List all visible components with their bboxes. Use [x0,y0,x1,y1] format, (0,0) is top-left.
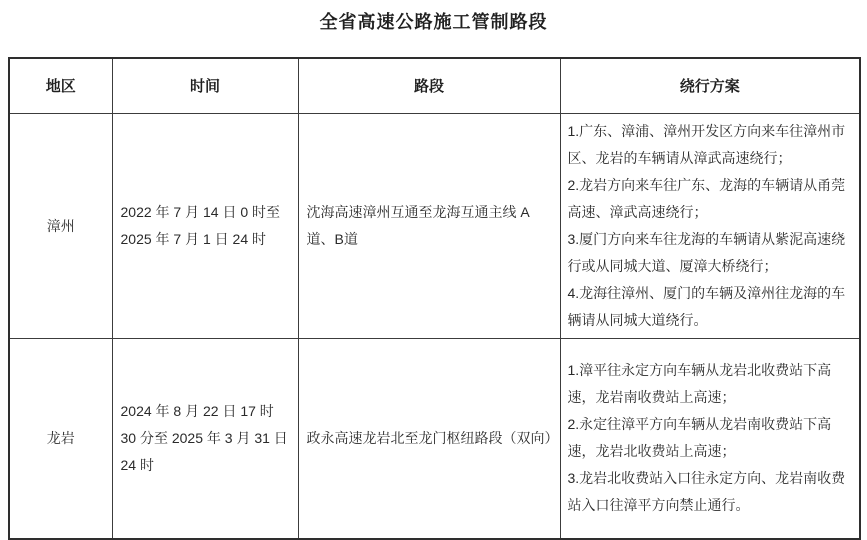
region-cell: 漳州 [9,113,112,338]
column-header-detour: 绕行方案 [560,58,860,113]
detour-cell: 1.漳平往永定方向车辆从龙岩北收费站下高速，龙岩南收费站上高速； 2.永定往漳平… [560,338,860,539]
time-cell: 2024 年 8 月 22 日 17 时 30 分至 2025 年 3 月 31… [112,338,298,539]
column-header-region: 地区 [9,58,112,113]
detour-item: 2.永定往漳平方向车辆从龙岩南收费站下高速，龙岩北收费站上高速； [568,411,854,465]
time-cell: 2022 年 7 月 14 日 0 时至 2025 年 7 月 1 日 24 时 [112,113,298,338]
detour-item: 3.龙岩北收费站入口往永定方向、龙岩南收费站入口往漳平方向禁止通行。 [568,465,854,519]
section-cell: 沈海高速漳州互通至龙海互通主线 A 道、B道 [298,113,560,338]
column-header-section: 路段 [298,58,560,113]
table-header-row: 地区 时间 路段 绕行方案 [9,58,860,113]
detour-item: 1.广东、漳浦、漳州开发区方向来车往漳州市区、龙岩的车辆请从漳武高速绕行； [568,118,854,172]
detour-item: 1.漳平往永定方向车辆从龙岩北收费站下高速，龙岩南收费站上高速； [568,357,854,411]
detour-item: 2.龙岩方向来车往广东、龙海的车辆请从甬莞高速、漳武高速绕行； [568,172,854,226]
table-row: 龙岩 2024 年 8 月 22 日 17 时 30 分至 2025 年 3 月… [9,338,860,539]
document-page: 全省高速公路施工管制路段 地区 时间 路段 绕行方案 漳州 2022 年 7 月… [0,0,867,540]
region-cell: 龙岩 [9,338,112,539]
detour-item: 4.龙海往漳州、厦门的车辆及漳州往龙海的车辆请从同城大道绕行。 [568,280,854,334]
detour-cell: 1.广东、漳浦、漳州开发区方向来车往漳州市区、龙岩的车辆请从漳武高速绕行； 2.… [560,113,860,338]
column-header-time: 时间 [112,58,298,113]
construction-control-table: 地区 时间 路段 绕行方案 漳州 2022 年 7 月 14 日 0 时至 20… [8,57,861,540]
page-title: 全省高速公路施工管制路段 [0,8,867,34]
detour-item: 3.厦门方向来车往龙海的车辆请从紫泥高速绕行或从同城大道、厦漳大桥绕行； [568,226,854,280]
table-row: 漳州 2022 年 7 月 14 日 0 时至 2025 年 7 月 1 日 2… [9,113,860,338]
section-cell: 政永高速龙岩北至龙门枢纽路段（双向） [298,338,560,539]
